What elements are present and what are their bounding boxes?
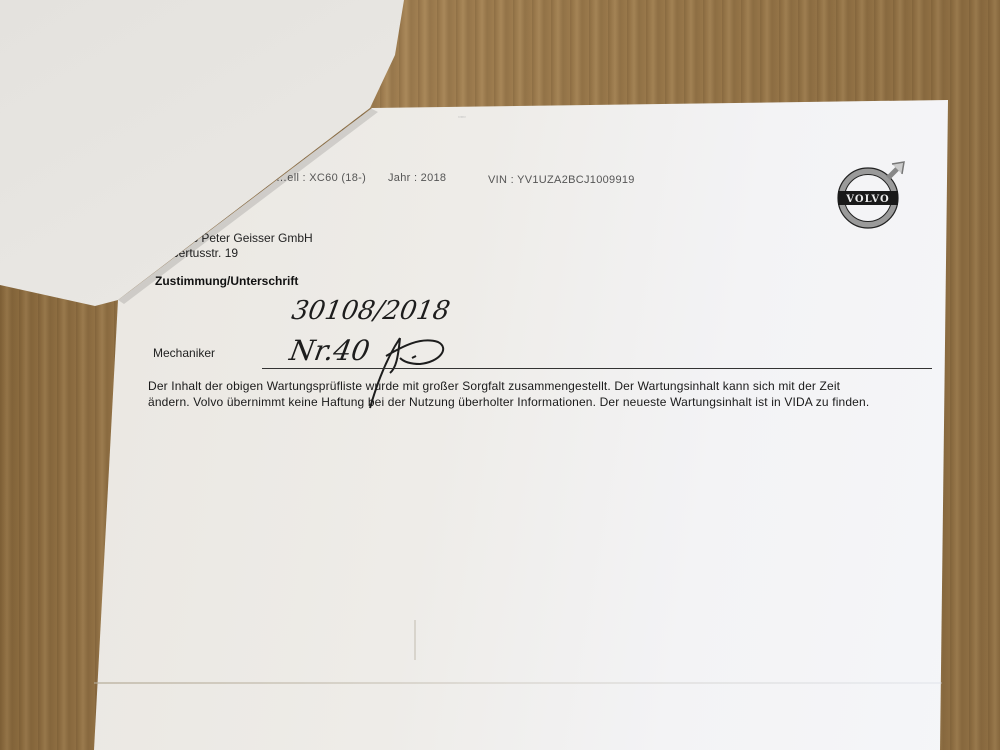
paper-fold-line	[94, 682, 942, 684]
signature-line	[262, 368, 932, 369]
disclaimer-line-1: Der Inhalt der obigen Wartungsprüfliste …	[148, 379, 840, 393]
volvo-iron-mark-icon: VOLVO	[834, 160, 914, 230]
disclaimer-line-2: ändern. Volvo übernimmt keine Haftung be…	[148, 395, 869, 409]
vehicle-year: Jahr : 2018	[388, 172, 446, 184]
paper-crease	[414, 620, 416, 660]
svg-text:VOLVO: VOLVO	[845, 194, 889, 205]
mechanic-label: Mechaniker	[153, 346, 215, 360]
consent-heading: Zustimmung/Unterschrift	[155, 274, 298, 288]
handwritten-date: 30108/2018	[289, 296, 452, 326]
vehicle-vin: VIN : YV1UZA2BCJ1009919	[488, 174, 635, 186]
faint-print-artifact: ▫▫▫	[458, 114, 465, 121]
